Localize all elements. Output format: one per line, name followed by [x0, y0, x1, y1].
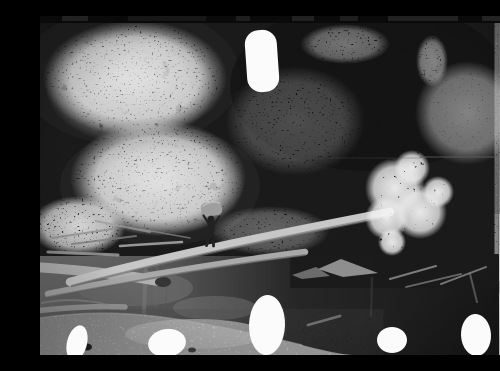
film-notch	[388, 16, 458, 21]
damage-spot-water	[377, 327, 407, 353]
film-notch	[340, 16, 358, 21]
film-notch	[236, 16, 250, 21]
damage-spot-top	[244, 29, 280, 93]
film-notch	[128, 16, 206, 21]
photo-frame: Black-and-white photograph of a lone per…	[40, 16, 500, 355]
film-notch	[62, 16, 88, 21]
film-notch	[482, 16, 500, 21]
film-notch	[292, 16, 314, 21]
photo-canvas	[40, 16, 500, 355]
film-top-edge	[40, 16, 500, 23]
